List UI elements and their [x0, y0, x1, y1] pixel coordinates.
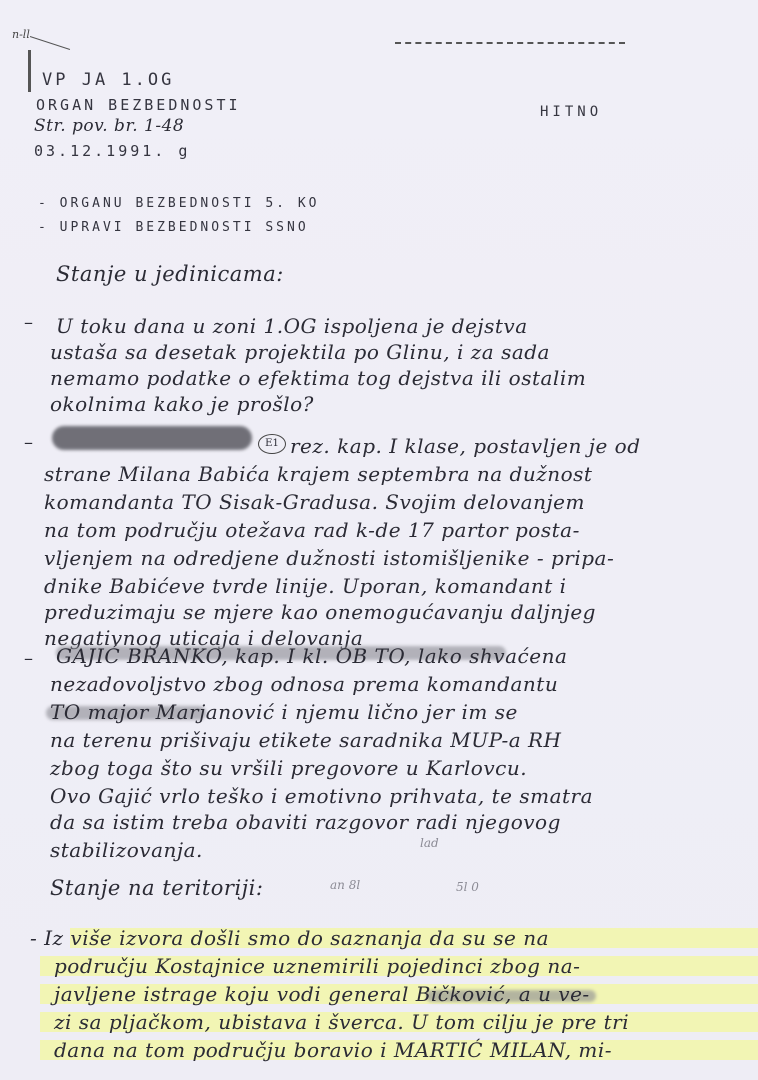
- corner-note: n-ll: [12, 28, 30, 41]
- paragraph-line: ustaša sa desetak projektila po Glinu, i…: [50, 340, 550, 364]
- section-title-units: Stanje u jedinicama:: [56, 262, 284, 286]
- stray-mark: lad: [420, 836, 439, 850]
- recipient-1: - ORGANU BEZBEDNOSTI 5. KO: [38, 196, 320, 211]
- paragraph-line: xxxxxxxxxxxxxxxxxxxxxx: [58, 434, 317, 458]
- paragraph-line: da sa istim treba obaviti razgovor radi …: [50, 810, 561, 834]
- stray-mark: an 8l: [330, 878, 360, 892]
- bullet-dash: –: [24, 312, 33, 333]
- paragraph-line: strane Milana Babića krajem septembra na…: [44, 462, 592, 486]
- paragraph-line: zi sa pljačkom, ubistava i šverca. U tom…: [54, 1010, 629, 1034]
- corner-stroke: [30, 36, 70, 50]
- stray-mark: 5l 0: [456, 880, 479, 894]
- paragraph-line: dnike Babićeve tvrde linije. Uporan, kom…: [44, 574, 567, 598]
- paragraph-line: - Iz više izvora došli smo do saznanja d…: [30, 926, 549, 950]
- dashed-rule: [395, 42, 625, 44]
- paragraph-line: zbog toga što su vršili pregovore u Karl…: [50, 756, 527, 780]
- paragraph-line: na terenu prišivaju etikete saradnika MU…: [50, 728, 561, 752]
- header-organ: ORGAN BEZBEDNOSTI: [36, 96, 241, 114]
- paragraph-line: TO major Marjanović i njemu lično jer im…: [50, 700, 518, 724]
- recipient-2: - UPRAVI BEZBEDNOSTI SSNO: [38, 220, 309, 235]
- paragraph-line: komandanta TO Sisak-Gradusa. Svojim delo…: [44, 490, 585, 514]
- header-ref: Str. pov. br. 1-48: [34, 116, 184, 136]
- document-page: n-ll VP JA 1.OG ORGAN BEZBEDNOSTI Str. p…: [0, 0, 758, 1080]
- paragraph-line: nemamo podatke o efektima tog dejstva il…: [50, 366, 586, 390]
- header-date: 03.12.1991. g: [34, 142, 190, 160]
- priority-mark: HITNO: [540, 104, 602, 120]
- paragraph-line: javljene istrage koju vodi general Bičko…: [54, 982, 590, 1006]
- paragraph-line: U toku dana u zoni 1.OG ispoljena je dej…: [56, 314, 528, 338]
- paragraph-line: na tom području otežava rad k-de 17 part…: [44, 518, 580, 542]
- paragraph-line: rez. kap. I klase, postavljen je od: [290, 434, 641, 458]
- section-title-territory: Stanje na teritoriji:: [50, 876, 263, 900]
- paragraph-line: preduzimaju se mjere kao onemogućavanju …: [44, 600, 596, 624]
- header-unit: VP JA 1.OG: [42, 70, 174, 90]
- bullet-dash: –: [24, 432, 33, 453]
- bullet-dash: –: [24, 648, 33, 669]
- margin-mark: [28, 50, 31, 92]
- paragraph-line: Ovo Gajić vrlo teško i emotivno prihvata…: [50, 784, 593, 808]
- paragraph-line: okolnima kako je prošlo?: [50, 392, 314, 416]
- paragraph-line: GAJIĆ BRANKO, kap. I kl. OB TO, lako shv…: [56, 644, 567, 668]
- paragraph-line: nezadovoljstvo zbog odnosa prema komanda…: [50, 672, 558, 696]
- paragraph-line: području Kostajnice uznemirili pojedinci…: [54, 954, 580, 978]
- paragraph-line: vljenjem na odredjene dužnosti istomišlj…: [44, 546, 614, 570]
- paragraph-line: stabilizovanja.: [50, 838, 203, 862]
- paragraph-line: dana na tom području boravio i MARTIĆ MI…: [54, 1038, 612, 1062]
